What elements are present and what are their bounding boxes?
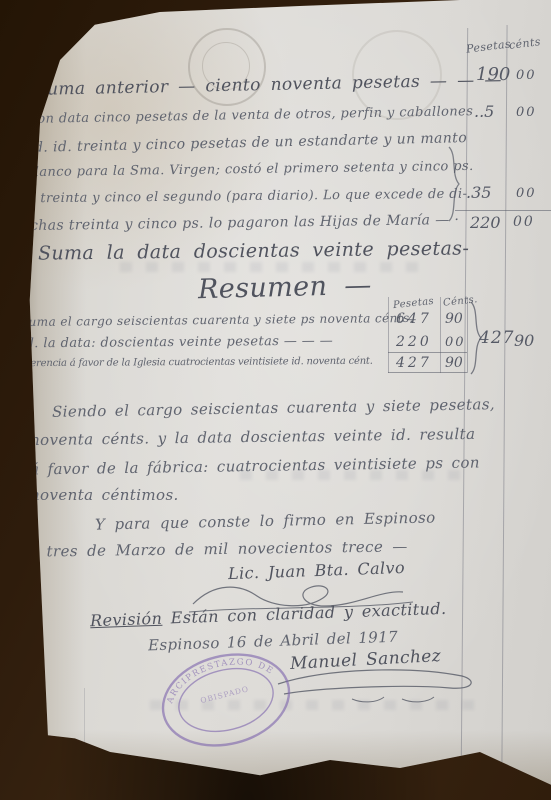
suma-data-line: Suma la data doscientas veinte pesetas- [38, 237, 469, 264]
ledger-page: Pesetas cénts Suma anterior — ciento nov… [0, 0, 551, 800]
revision-heading: Revisión [90, 609, 163, 631]
resumen-bottom-rule [388, 372, 467, 373]
page-bottom-shadow [0, 730, 551, 800]
resumen-row-pesetas: 427 [396, 355, 432, 371]
resumen-row-cents: 90 [445, 311, 463, 327]
bleed-through-smudge [120, 262, 420, 272]
amount-cents: 00 [516, 68, 537, 83]
attestation-line: á tres de Marzo de mil novecientos trece… [28, 537, 408, 560]
total-rule [455, 210, 551, 211]
closing-line: noventa céntimos. [30, 486, 179, 504]
amount-cents: 00 [516, 186, 537, 201]
ledger-line: blanco para la Sma. Virgen; costó el pri… [26, 159, 474, 180]
amount-pesetas: .35 [466, 183, 491, 202]
cents-column-line [501, 25, 507, 763]
photo-background: Pesetas cénts Suma anterior — ciento nov… [0, 0, 551, 800]
column-header-cents: cénts [508, 35, 541, 52]
resumen-row-pesetas: 647 [396, 311, 432, 327]
ledger-line: Son data cinco pesetas de la venta de ot… [28, 104, 473, 127]
closing-line: noventa cénts. y la data doscientas vein… [30, 425, 476, 449]
resumen-row-cents: 00 [445, 335, 466, 350]
amount-cents: 00 [516, 105, 537, 120]
resumen-table-left-line [388, 297, 389, 373]
entry-brace [446, 145, 462, 223]
resumen-row-cents: 90 [445, 355, 463, 371]
resumen-row-label: Diferencia á favor de la Iglesia cuatroc… [16, 356, 373, 369]
column-header-pesetas: Pesetas [465, 37, 511, 55]
resumen-title: Resumen — [198, 270, 372, 306]
stamp-center-text: OBISPADO [199, 684, 249, 705]
resumen-col-pesetas: Pesetas [393, 296, 435, 311]
revision-flourish [272, 666, 487, 704]
resumen-table-mid-line [440, 297, 441, 373]
total-cents: 00 [513, 214, 535, 230]
resumen-sum-rule [388, 352, 467, 353]
attestation-line: Y para que conste lo firmo en Espinoso [95, 508, 436, 533]
balance-cents: 90 [514, 331, 534, 350]
resumen-row-label: Id. la data: doscientas veinte pesetas —… [20, 334, 333, 352]
left-margin-line [84, 688, 85, 764]
ink-dot [54, 50, 59, 55]
amount-pesetas: ..5 [474, 102, 494, 121]
resumen-row-label: Suma el cargo seiscientas cuarenta y sie… [20, 311, 414, 329]
total-pesetas: 220 [470, 213, 501, 232]
ledger-line: chas treinta y cinco ps. lo pagaron las … [30, 212, 459, 234]
amount-pesetas: 190 [476, 64, 510, 85]
ledger-line: Id. id. treinta y cinco pesetas de un es… [28, 130, 467, 156]
balance-pesetas: 427 [479, 328, 514, 348]
closing-line: Siendo el cargo seiscientas cuarenta y s… [52, 395, 495, 421]
resumen-row-pesetas: 220 [396, 334, 432, 350]
ledger-line: y treinta y cinco el segundo (para diari… [28, 187, 467, 207]
